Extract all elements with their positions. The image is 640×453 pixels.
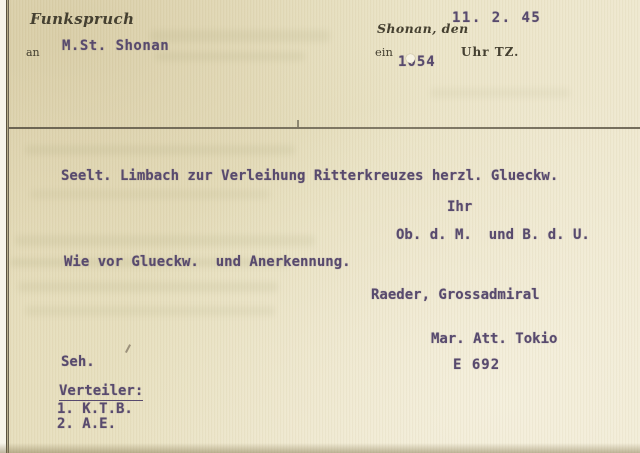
- paper-bottom-shadow: [0, 443, 640, 453]
- scanned-radio-message-form: Funkspruch an Shonan, den ein Uhr TZ. M.…: [0, 0, 640, 453]
- header-divider-rule: [8, 127, 640, 129]
- signature-raeder-line: Raeder, Grossadmiral: [371, 288, 540, 302]
- form-ein-label: ein: [375, 47, 393, 59]
- ink-bleedthrough-smudge: [150, 30, 330, 42]
- punch-hole: [406, 54, 415, 63]
- message-congrats-line: Seelt. Limbach zur Verleihung Ritterkreu…: [61, 169, 558, 183]
- ink-bleedthrough-smudge: [155, 52, 305, 61]
- ink-bleedthrough-smudge: [15, 235, 315, 246]
- form-an-label: an: [26, 47, 40, 58]
- recipient-field: M.St. Shonan: [62, 39, 169, 53]
- distribution-item-ktb: 1. K.T.B.: [57, 402, 133, 416]
- paper-left-edge-line: [6, 0, 9, 453]
- stray-mark: [125, 344, 131, 353]
- message-sender-abbrev-line: Ob. d. M. und B. d. U.: [396, 228, 590, 242]
- form-uhr-tz-label: Uhr TZ.: [461, 46, 519, 58]
- message-wie-vor-line: Wie vor Glueckw. und Anerkennung.: [64, 255, 351, 269]
- ink-bleedthrough-smudge: [18, 282, 278, 292]
- ink-bleedthrough-smudge: [430, 88, 570, 98]
- form-type-label: Funkspruch: [30, 12, 134, 27]
- stray-mark: [297, 120, 299, 127]
- file-number: E 692: [453, 358, 500, 372]
- date-field: 11. 2. 45: [452, 11, 541, 25]
- ink-bleedthrough-smudge: [25, 306, 275, 316]
- ink-bleedthrough-smudge: [25, 145, 295, 155]
- time-received-field: 1054: [398, 55, 436, 69]
- ink-bleedthrough-smudge: [30, 190, 270, 199]
- attache-tokio-line: Mar. Att. Tokio: [431, 332, 557, 346]
- seh-initials-line: Seh.: [61, 355, 95, 369]
- distribution-item-ae: 2. A.E.: [57, 417, 116, 431]
- message-ihr-line: Ihr: [447, 200, 472, 214]
- distribution-heading: Verteiler:: [59, 384, 143, 401]
